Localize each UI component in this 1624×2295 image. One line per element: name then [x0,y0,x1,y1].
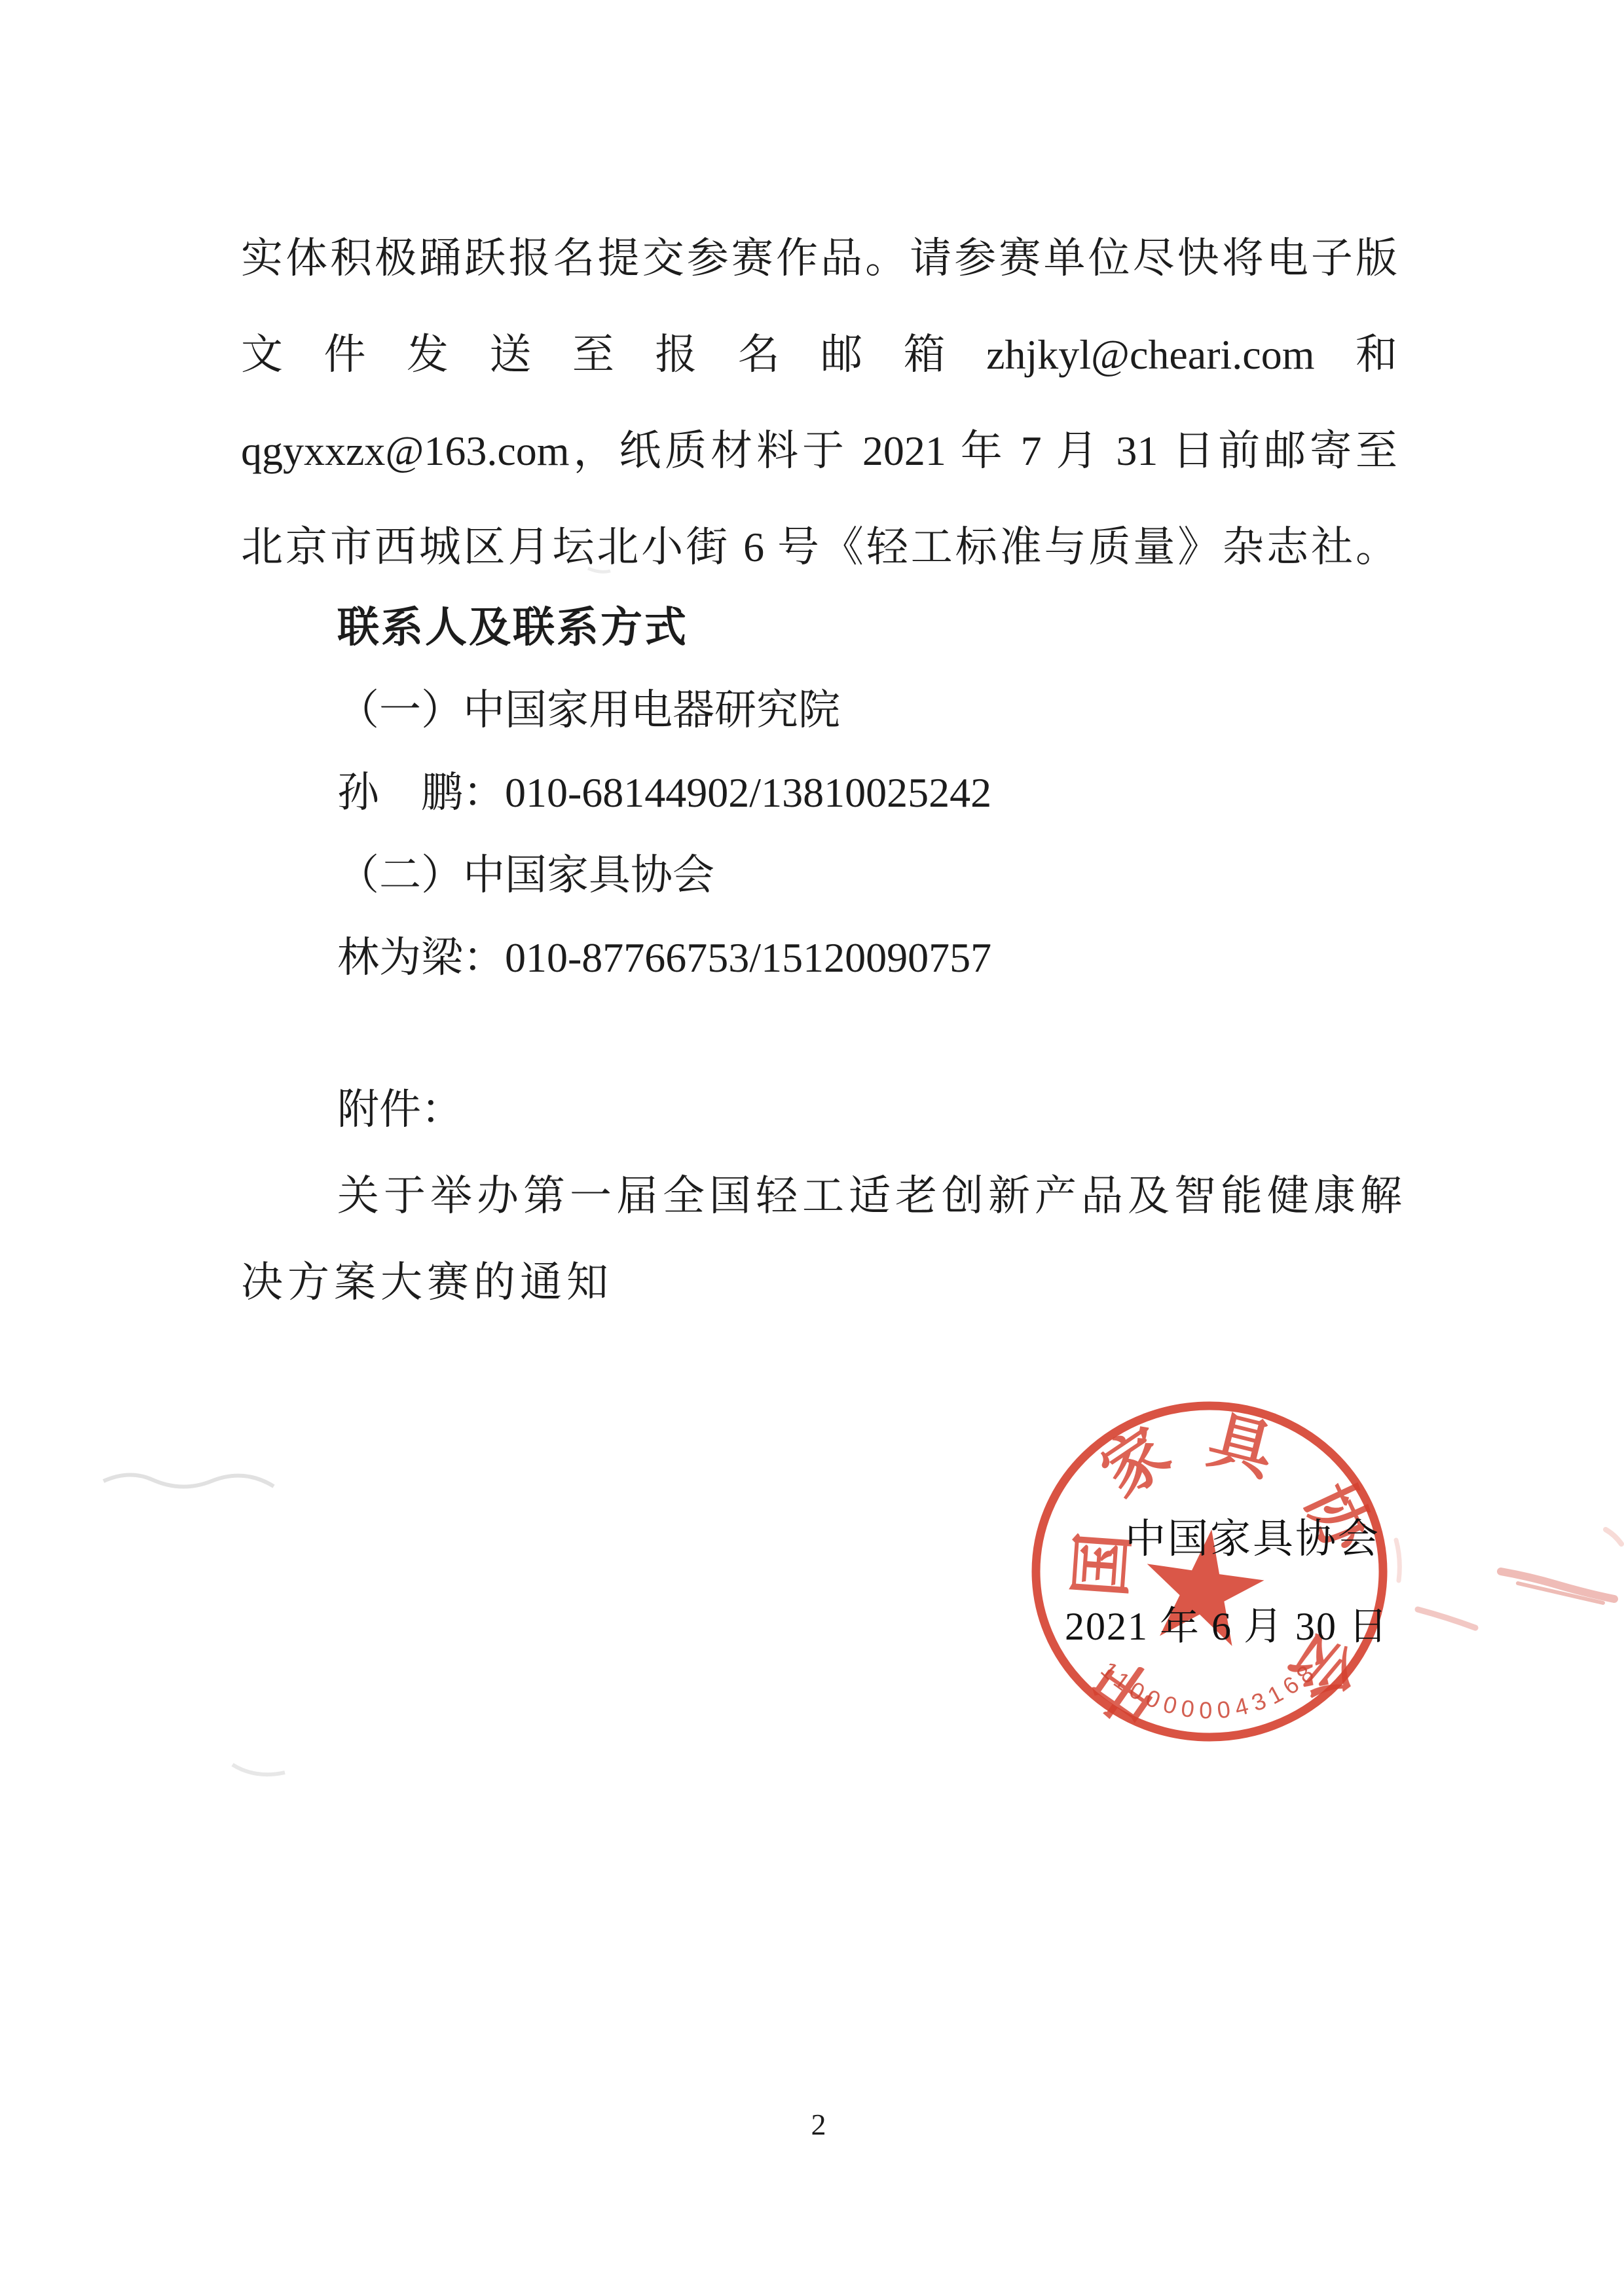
body-line-3: qgyxxzx@163.com，纸质材料于 2021 年 7 月 31 日前邮寄… [241,427,1397,475]
red-ink-speck [1606,1530,1621,1544]
registration-email: zhjkyl@cheari.com [986,331,1314,379]
signature-org: 中国家具协会 [1125,1506,1380,1564]
body-line-2-token: 箱 [904,331,946,379]
attachment-label: 附件： [337,1086,463,1134]
red-ink-smudge [1518,1583,1603,1603]
contact-org-1: （一）中国家用电器研究院 [337,686,840,735]
contact-person-1: 孙 鹏：010-68144902/13810025242 [337,769,991,817]
body-line-2-token: 邮 [821,331,862,379]
body-line-2: 文 件 发 送 至 报 名 邮 箱 zhjkyl@cheari.com 和 [241,331,1397,379]
seal-char: 具 [1201,1405,1283,1490]
attachment-title-line-1: 关于举办第一届全国轻工适老创新产品及智能健康解 [337,1172,1407,1221]
body-line-2-token: 文 [241,331,283,379]
body-line-2-token: 件 [323,331,365,379]
body-line-2-token: 报 [655,331,697,379]
pencil-scribble-artifact [103,1475,274,1486]
official-seal: 中 国 家 具 协 会 1100000043168 [1029,1400,1390,1744]
red-ink-speck [1396,1540,1399,1581]
body-line-4: 北京市西城区月坛北小街 6 号《轻工标准与质量》杂志社。 [241,523,1397,572]
pencil-scribble-artifact [232,1765,285,1774]
contact-person-2: 林为梁：010-87766753/15120090757 [337,934,991,982]
contact-org-2: （二）中国家具协会 [337,851,714,900]
body-line-1: 实体积极踊跃报名提交参赛作品。请参赛单位尽快将电子版 [241,234,1397,283]
page-number: 2 [786,2107,851,2142]
contacts-heading: 联系人及联系方式 [337,604,688,652]
attachment-title-line-2: 决方案大赛的通知 [241,1258,613,1307]
body-line-2-token: 和 [1356,331,1397,379]
body-line-2-token: 送 [489,331,531,379]
body-line-2-token: 至 [572,331,614,379]
body-line-2-token: 名 [738,331,780,379]
signature-date: 2021 年 6 月 30 日 [1065,1595,1389,1651]
document-page: 实体积极踊跃报名提交参赛作品。请参赛单位尽快将电子版 文 件 发 送 至 报 名… [0,0,1624,2295]
red-ink-smudge [1501,1571,1614,1599]
seal-char: 家 [1090,1416,1183,1511]
body-line-2-token: 发 [407,331,449,379]
red-ink-smudge [1418,1609,1475,1628]
